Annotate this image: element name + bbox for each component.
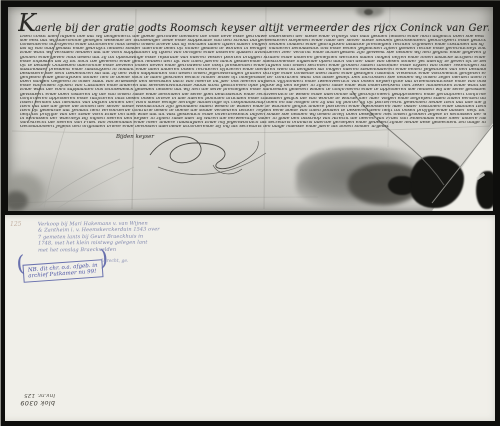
signature-flourish [150, 137, 240, 169]
horizontal-fold-line [10, 197, 318, 203]
signature-tail-flourish [213, 165, 242, 174]
photo-mount-card: Kaerle bij der gratie godts Roomsch keys… [0, 0, 500, 426]
charter-photograph: Kaerle bij der gratie godts Roomsch keys… [8, 7, 493, 211]
pencil-scribble [38, 159, 120, 207]
charter-text-line: Gecollationeert jegens den originalen br… [20, 125, 486, 129]
signature-underline-flourish [158, 153, 266, 175]
pencil-scribble [44, 125, 66, 209]
mount-card-lower: 125 Verkoop bij Mari Hakemans v. van Wij… [5, 215, 495, 421]
signature-tail-flourish [240, 141, 258, 163]
boxed-remark: NB. dit chr. o.a. afgeb. in archief Putk… [22, 259, 103, 283]
pencil-scribble [50, 167, 134, 211]
charter-body-text: Doen condt allen luyden hoe dat wij aeng… [20, 35, 486, 130]
inventory-stamp-blok: blok 0309 [7, 399, 55, 407]
margin-number: 125 [10, 221, 21, 228]
charter-heading-line: Kaerle bij der gratie godts Roomsch keys… [18, 12, 489, 36]
inventory-stamp-inv: Inv.nr. 125 [7, 392, 55, 399]
charter-signature-label: Bijden keyser [116, 134, 154, 140]
inventory-stamp: blok 0309 Inv.nr. 125 [7, 392, 55, 406]
